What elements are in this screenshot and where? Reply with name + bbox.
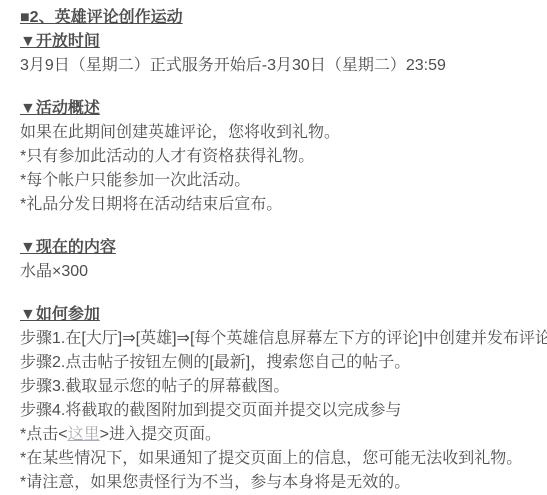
overview-line: 如果在此期间创建英雄评论，您将收到礼物。 [20, 121, 541, 145]
overview-note: *礼品分发日期将在活动结束后宣布。 [20, 193, 541, 217]
open-time-value: 3月9日（星期二）正式服务开始后-3月30日（星期二）23:59 [20, 54, 541, 78]
step-line: 步骤2.点击帖子按钮左侧的[最新]，搜索您自己的帖子。 [20, 351, 541, 375]
document-title: ■2、英雄评论创作运动 [20, 6, 541, 30]
here-link[interactable]: 这里 [68, 426, 100, 443]
section-open-time: ▼开放时间 3月9日（星期二）正式服务开始后-3月30日（星期二）23:59 [20, 30, 541, 78]
link-suffix: >进入提交页面。 [100, 426, 221, 443]
step-line: 步骤4.将截取的截图附加到提交页面并提交以完成参与 [20, 399, 541, 423]
open-time-heading: ▼开放时间 [20, 30, 541, 54]
step-line: 步骤3.截取显示您的帖子的屏幕截图。 [20, 375, 541, 399]
reward-value: 水晶×300 [20, 260, 541, 284]
overview-note: *每个帐户只能参加一次此活动。 [20, 169, 541, 193]
note-line: *请注意，如果您责怪行为不当，参与本身将是无效的。 [20, 471, 541, 495]
overview-heading: ▼活动概述 [20, 97, 541, 121]
note-line: *在某些情况下，如果通知了提交页面上的信息，您可能无法收到礼物。 [20, 447, 541, 471]
section-reward: ▼现在的内容 水晶×300 [20, 236, 541, 284]
overview-note: *只有参加此活动的人才有资格获得礼物。 [20, 145, 541, 169]
step-line: 步骤1.在[大厅]⇒[英雄]⇒[每个英雄信息屏幕左下方的评论]中创建并发布评论 [20, 327, 541, 351]
section-how-to-join: ▼如何参加 步骤1.在[大厅]⇒[英雄]⇒[每个英雄信息屏幕左下方的评论]中创建… [20, 303, 541, 495]
how-to-join-heading: ▼如何参加 [20, 303, 541, 327]
event-announcement-document: ■2、英雄评论创作运动 ▼开放时间 3月9日（星期二）正式服务开始后-3月30日… [0, 0, 547, 495]
link-prefix: *点击< [20, 426, 68, 443]
section-overview: ▼活动概述 如果在此期间创建英雄评论，您将收到礼物。 *只有参加此活动的人才有资… [20, 97, 541, 217]
submit-link-line: *点击<这里>进入提交页面。 [20, 423, 541, 447]
reward-heading: ▼现在的内容 [20, 236, 541, 260]
